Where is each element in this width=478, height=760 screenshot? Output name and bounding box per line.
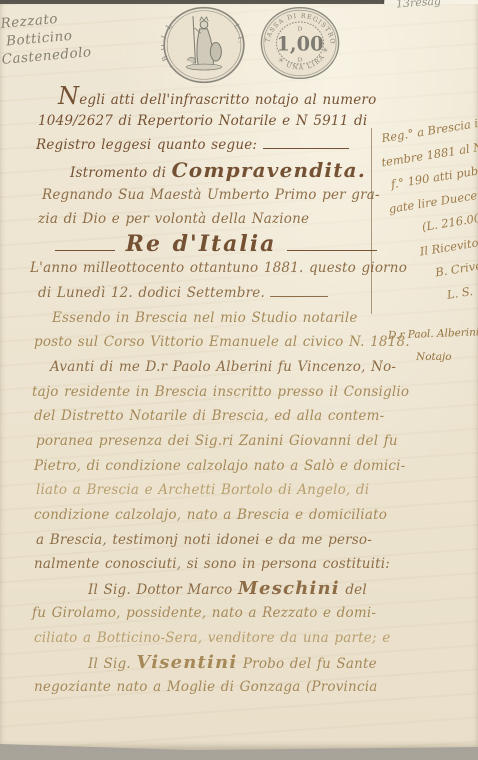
registro-value: 1,00: [276, 33, 323, 56]
manuscript-text: nalmente conosciuti, si sono in persona …: [34, 556, 390, 572]
registro-lower-letter: D: [298, 57, 303, 63]
manuscript-line: Pietro, di condizione calzolajo nato a S…: [0, 454, 478, 479]
ink-rule: [270, 292, 328, 297]
manuscript-text: tajo residente in Brescia inscritto pres…: [32, 384, 409, 400]
manuscript-text: posto sul Corso Vittorio Emanuele al civ…: [34, 334, 410, 350]
margin-separator-line: [371, 128, 372, 314]
registro-stamp: TASSA DI REGISTRO ✳ UNA LIRA ✳ D 1,00 D: [258, 6, 342, 80]
manuscript-line: nalmente conosciuti, si sono in persona …: [0, 552, 478, 577]
pencil-placenames-note: Rezzato Botticino Castenedolo: [0, 7, 92, 68]
manuscript-text: Il Sig.: [88, 656, 136, 672]
manuscript-line: del Distretto Notarile di Brescia, ed al…: [0, 404, 478, 429]
manuscript-line: Il Sig. Dottor Marco Meschini del: [0, 577, 478, 602]
manuscript-line: negoziante nato a Moglie di Gonzaga (Pro…: [0, 675, 478, 700]
manuscript-line: poranea presenza dei Sig.ri Zanini Giova…: [0, 429, 478, 454]
manuscript-text: 1049/2627 di Repertorio Notarile e N 591…: [38, 113, 367, 129]
manuscript-text: Re d'Italia: [115, 231, 287, 257]
manuscript-text: di Lunedì 12. dodici Settembre.: [38, 285, 270, 301]
ink-rule: [287, 246, 377, 251]
manuscript-text: a Brescia, testimonj noti idonei e da me…: [36, 532, 372, 548]
manuscript-line: Il Sig. Visentini Probo del fu Sante: [0, 651, 478, 676]
registro-stamp-art: TASSA DI REGISTRO ✳ UNA LIRA ✳ D 1,00 D: [261, 8, 338, 79]
bollo-stamp-art: · B O L L O · L. 1.: [161, 6, 245, 82]
manuscript-text: del: [340, 582, 367, 598]
manuscript-line: ciliato a Botticino-Sera, venditore da u…: [0, 626, 478, 651]
manuscript-text: negoziante nato a Moglie di Gonzaga (Pro…: [34, 679, 377, 695]
manuscript-text: fu Girolamo, possidente, nato a Rezzato …: [32, 605, 376, 621]
notary-margin-title: Notajo: [416, 351, 452, 363]
manuscript-text: Regnando Sua Maestà Umberto Primo per gr…: [42, 187, 380, 203]
ink-rule: [55, 246, 115, 251]
manuscript-text: Meschini: [238, 578, 340, 599]
manuscript-text: Avanti di me D.r Paolo Alberini fu Vince…: [50, 359, 396, 375]
manuscript-text: Compravendita.: [172, 158, 366, 182]
manuscript-line: Avanti di me D.r Paolo Alberini fu Vince…: [0, 355, 478, 380]
manuscript-text: poranea presenza dei Sig.ri Zanini Giova…: [36, 433, 398, 449]
manuscript-text: Essendo in Brescia nel mio Studio notari…: [52, 310, 358, 326]
registro-upper-letter: D: [298, 26, 303, 32]
manuscript-text: Visentini: [136, 652, 237, 673]
manuscript-text: L'anno milleottocento ottantuno 1881. qu…: [30, 260, 407, 276]
manuscript-text: del Distretto Notarile di Brescia, ed al…: [34, 408, 384, 424]
manuscript-text: liato a Brescia e Archetti Bortolo di An…: [36, 482, 369, 498]
ink-rule: [263, 144, 349, 149]
bollo-stamp: · B O L L O · L. 1.: [161, 6, 247, 84]
manuscript-text: Istromento di: [70, 165, 172, 181]
manuscript-text: egli atti dell'infrascritto notajo al nu…: [79, 92, 376, 108]
document-scan: Rezzato Botticino Castenedolo 13resag · …: [0, 0, 478, 760]
manuscript-line: a Brescia, testimonj noti idonei e da me…: [0, 528, 478, 553]
manuscript-text: Il Sig. Dottor Marco: [88, 582, 238, 598]
manuscript-text: ciliato a Botticino-Sera, venditore da u…: [34, 630, 390, 646]
manuscript-line: liato a Brescia e Archetti Bortolo di An…: [0, 478, 478, 503]
manuscript-line: tajo residente in Brescia inscritto pres…: [0, 380, 478, 405]
manuscript-text: N: [58, 82, 79, 110]
manuscript-text: Probo del fu Sante: [237, 656, 376, 672]
manuscript-line: fu Girolamo, possidente, nato a Rezzato …: [0, 601, 478, 626]
manuscript-text: Pietro, di condizione calzolajo nato a S…: [34, 458, 405, 474]
manuscript-text: Registro leggesi quanto segue:: [36, 137, 263, 153]
manuscript-text: condizione calzolajo, nato a Brescia e d…: [34, 507, 387, 523]
manuscript-text: zia di Dio e per volontà della Nazione: [38, 211, 309, 227]
manuscript-line: condizione calzolajo, nato a Brescia e d…: [0, 503, 478, 528]
manuscript-line: Negli atti dell'infrascritto notajo al n…: [0, 84, 478, 109]
